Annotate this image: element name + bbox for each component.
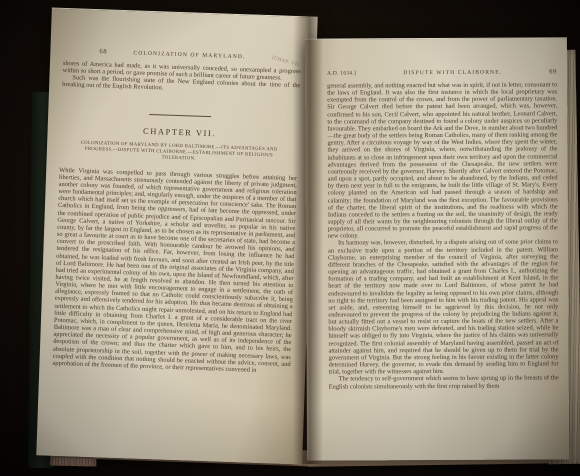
- paragraph: general assembly, and nothing enacted bu…: [327, 81, 558, 240]
- date-marker: A.D. 1634.]: [327, 70, 356, 76]
- chapter-body-paragraph: While Virginia was compelled to pass thr…: [52, 166, 297, 375]
- open-book-photo: 68 COLONIZATION OF MARYLAND. [CHAP. VII.…: [0, 0, 580, 476]
- paragraph: Its harmony was, however, disturbed, by …: [328, 239, 559, 376]
- right-page-header: A.D. 1634.] DISPUTE WITH CLAIBORNE. 69: [327, 68, 557, 76]
- paragraph: The tendency to self-government which se…: [329, 375, 559, 391]
- left-running-header: COLONIZATION OF MARYLAND.: [107, 49, 272, 61]
- left-page: 68 COLONIZATION OF MARYLAND. [CHAP. VII.…: [36, 7, 317, 464]
- chapter-rule: [149, 114, 211, 117]
- right-page-number: 69: [549, 68, 557, 75]
- chapter-subtitle: COLONIZATION OF MARYLAND BY LORD BALTIMO…: [70, 140, 288, 166]
- right-running-header: DISPUTE WITH CLAIBORNE.: [356, 69, 549, 76]
- right-page: A.D. 1634.] DISPUTE WITH CLAIBORNE. 69 g…: [305, 37, 569, 460]
- chapter-heading: CHAPTER VII.: [61, 124, 299, 141]
- left-page-header: 68 COLONIZATION OF MARYLAND. [CHAP. VII.: [63, 47, 301, 62]
